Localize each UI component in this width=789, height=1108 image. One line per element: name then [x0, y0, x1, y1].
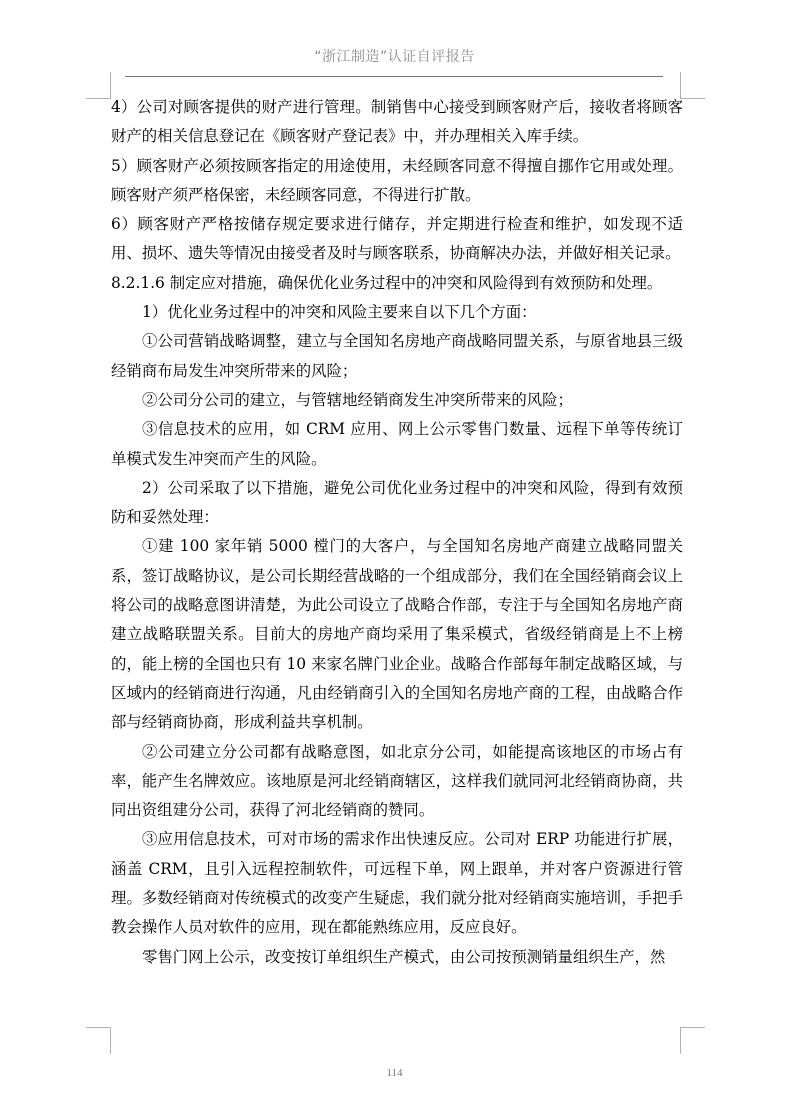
paragraph-risk-sources: 1）优化业务过程中的冲突和风险主要来自以下几个方面：: [111, 298, 683, 327]
paragraph-measure-1: ①建 100 家年销 5000 樘门的大客户，与全国知名房地产商建立战略同盟关系…: [111, 532, 683, 737]
crop-mark-bottom-right: [680, 1027, 705, 1054]
paragraph-measure-2: ②公司建立分公司都有战略意图，如北京分公司，如能提高该地区的市场占有率，能产生名…: [111, 738, 683, 826]
paragraph-customer-property-4: 4）公司对顾客提供的财产进行管理。制销售中心接受到顾客财产后，接收者将顾客财产的…: [111, 93, 683, 152]
paragraph-measures-intro: 2）公司采取了以下措施，避免公司优化业务过程中的冲突和风险，得到有效预防和妥然处…: [111, 474, 683, 533]
paragraph-risk-2: ②公司分公司的建立，与管辖地经销商发生冲突所带来的风险；: [111, 386, 683, 415]
crop-mark-top-left: [86, 72, 111, 99]
paragraph-retail-door: 零售门网上公示，改变按订单组织生产模式，由公司按预测销量组织生产，然: [111, 943, 683, 972]
header-rule: [125, 76, 663, 77]
crop-mark-top-right: [680, 72, 705, 99]
document-body: 4）公司对顾客提供的财产进行管理。制销售中心接受到顾客财产后，接收者将顾客财产的…: [111, 93, 683, 972]
page-number: 114: [0, 1067, 789, 1079]
section-heading-8-2-1-6: 8.2.1.6 制定应对措施，确保优化业务过程中的冲突和风险得到有效预防和处理。: [111, 269, 683, 298]
crop-mark-bottom-left: [86, 1027, 111, 1054]
paragraph-measure-3: ③应用信息技术，可对市场的需求作出快速反应。公司对 ERP 功能进行扩展，涵盖 …: [111, 825, 683, 942]
paragraph-customer-property-6: 6）顾客财产严格按储存规定要求进行储存，并定期进行检查和维护，如发现不适用、损坏…: [111, 210, 683, 269]
running-header-title: “浙江制造”认证自评报告: [0, 46, 789, 66]
paragraph-risk-3: ③信息技术的应用，如 CRM 应用、网上公示零售门数量、远程下单等传统订单模式发…: [111, 415, 683, 474]
paragraph-customer-property-5: 5）顾客财产必须按顾客指定的用途使用，未经顾客同意不得擅自挪作它用或处理。顾客财…: [111, 152, 683, 211]
paragraph-risk-1: ①公司营销战略调整，建立与全国知名房地产商战略同盟关系，与原省地县三级经销商布局…: [111, 327, 683, 386]
